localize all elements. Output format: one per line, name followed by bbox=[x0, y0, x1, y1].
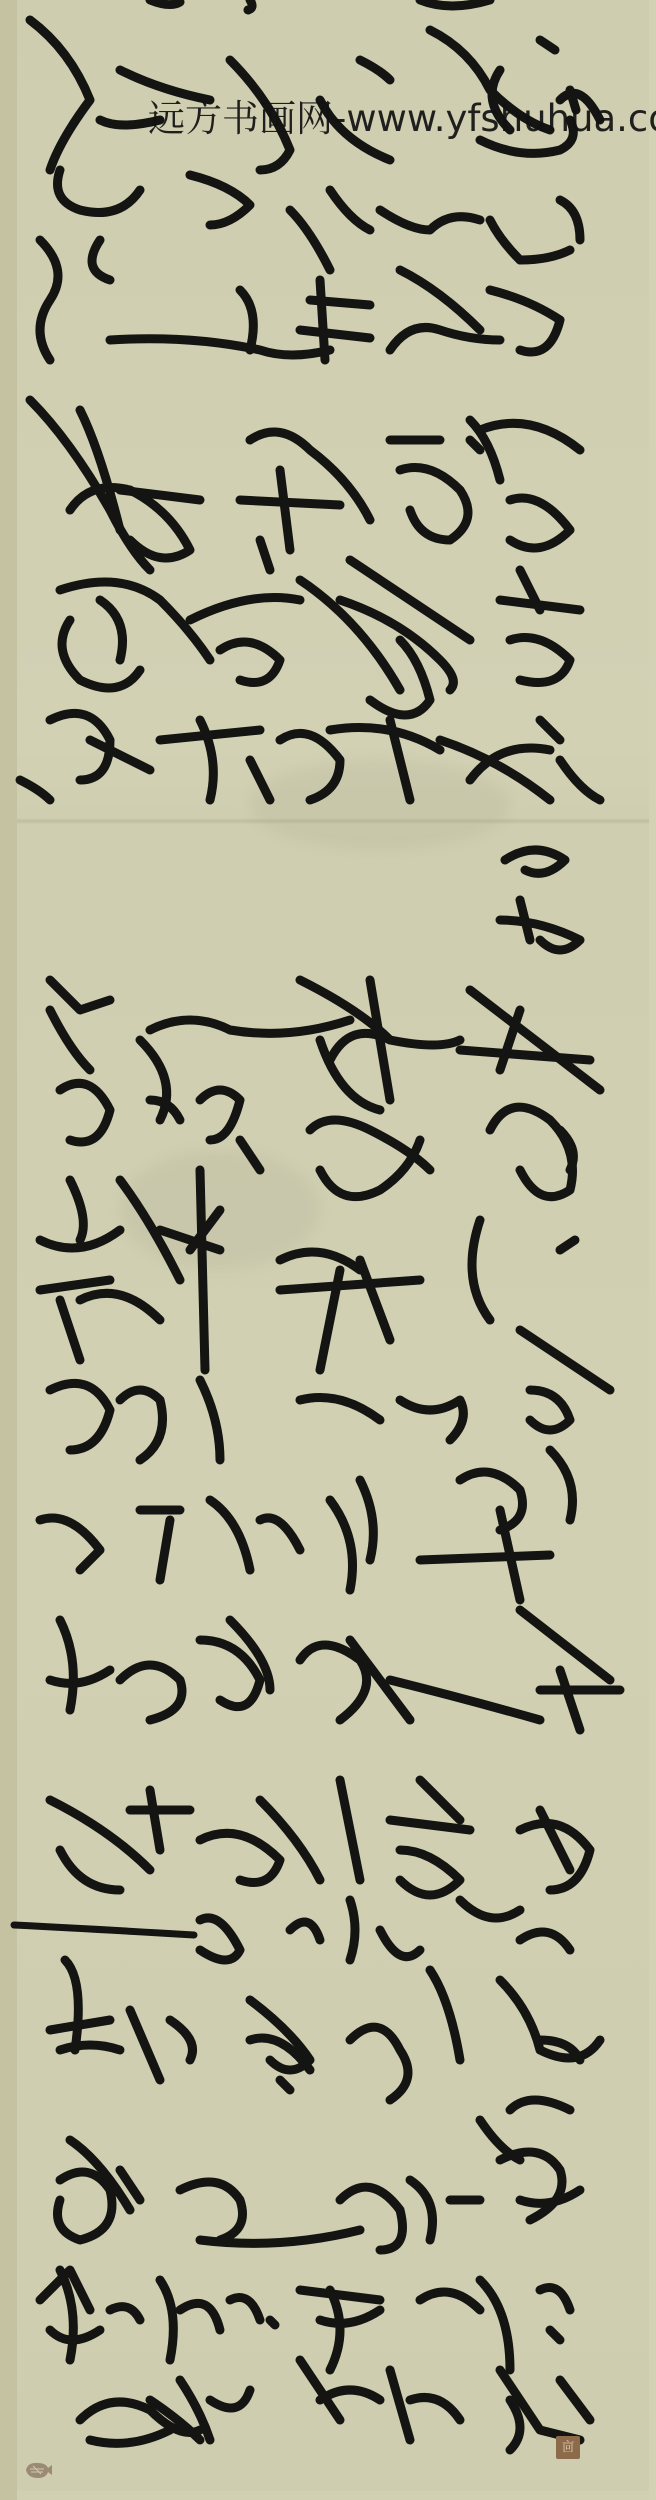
calligraphy-ink-strokes bbox=[0, 0, 656, 2500]
watermark-text: 远方书画网-www.yfshuhua.com bbox=[148, 88, 656, 142]
artist-seal-square: 㐭 bbox=[556, 2436, 580, 2459]
collector-seal-gourd-icon bbox=[24, 2460, 54, 2480]
